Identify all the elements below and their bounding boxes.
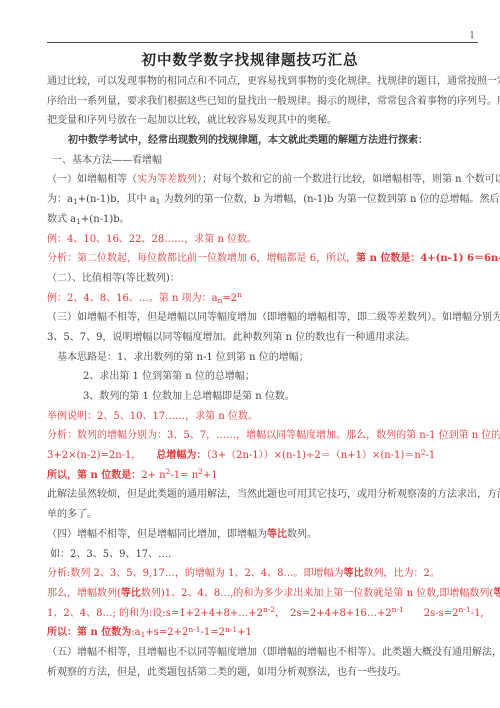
text-run: -1=2 bbox=[201, 627, 225, 638]
text-run: +s=2+2 bbox=[145, 627, 188, 638]
text-run: 等比 bbox=[493, 588, 500, 599]
text-run: （3+（2n-1））×(n-1)÷2＝（n+1）×(n-1)＝n bbox=[206, 450, 420, 461]
method-1-line-2: 为：a1+(n-1)b，其中 a1 为数列的第一位数，b 为增幅，(n-1)b … bbox=[47, 190, 478, 210]
text-run: 2s-s=2 bbox=[404, 608, 459, 619]
text-run: 把变量和序列号放在一起加以比较，就比较容易发现其中的奥秘。 bbox=[47, 115, 337, 126]
steps-line-3: 3、数列的第 1 位数加上总增幅即是第 n 位数。 bbox=[47, 387, 478, 407]
steps-line-1: 基本思路是：1、求出数列的第 n-1 位到第 n 位的增幅； bbox=[47, 348, 478, 368]
text-run: ）；对每个数和它的前一个数进行比较，如增幅相等，则第 n 个数可以表示 bbox=[197, 174, 500, 185]
text-run: （三）如增幅不相等，但是增幅以同等幅度增加（即增幅的增幅相等，即二级等差数列）。… bbox=[47, 312, 500, 323]
text-run: 那么，增幅数列( bbox=[47, 588, 121, 599]
text-run: 一、基本方法——看增幅 bbox=[52, 155, 162, 166]
text-run: 所以：第 n 位数为 bbox=[47, 627, 131, 638]
example-3-conclusion: 所以，第 n 位数是：2+ n2-1= n2+1 bbox=[47, 466, 478, 486]
example-3-problem: 举例说明：2、5、10、17……，求第 n 位数。 bbox=[47, 407, 478, 427]
text-run: 3、5、7、9，说明增幅以同等幅度增加。此种数列第 n 位的数也有一种通用求法。 bbox=[47, 332, 415, 343]
example-4-problem: 如：2、3、5、9、17、…. bbox=[47, 545, 478, 565]
example-3-analysis-1: 分析：数列的增幅分别为：3、5、7，……，增幅以同等幅度增加。那么，数列的第 n… bbox=[47, 426, 478, 446]
text-run: 2、求出第 1 位到第第 n 位的总增幅； bbox=[83, 371, 255, 382]
method-4-heading: （四）增幅不相等，但是增幅同比增加，即增幅为等比数列。 bbox=[47, 525, 478, 545]
text-run: 所以，第 n 位数是： bbox=[47, 470, 141, 481]
text-run: 举例说明：2、5、10、17……，求第 n 位数。 bbox=[47, 411, 258, 422]
intro-line-2: 序给出一系列量，要求我们根据这些已知的量找出一般规律。揭示的规律，常常包含着事物… bbox=[47, 92, 478, 112]
text-run: 第 n 位数是：4+(n-1) 6＝6n-2 bbox=[356, 253, 500, 264]
text-run: 通过比较，可以发现事物的相同点和不同点，更容易找到事物的变化规律。找规律的题目，… bbox=[47, 76, 500, 87]
text-run: n bbox=[237, 290, 242, 299]
text-run: 2+ n bbox=[141, 470, 165, 481]
text-run: 1 bbox=[141, 630, 146, 639]
page-header: 1 bbox=[47, 0, 478, 43]
text-run: 2 bbox=[166, 467, 171, 476]
text-run: 1 bbox=[76, 217, 81, 226]
text-run: 如：2、3、5、9、17、…. bbox=[50, 549, 171, 560]
text-run: 为：a bbox=[47, 194, 73, 205]
method-3-line-2: 3、5、7、9，说明增幅以同等幅度增加。此种数列第 n 位的数也有一种通用求法。 bbox=[47, 328, 478, 348]
text-run: 序给出一系列量，要求我们根据这些已知的量找出一般规律。揭示的规律，常常包含着事物… bbox=[47, 96, 500, 107]
text-run: 3、数列的第 1 位数加上总增幅即是第 n 位数。 bbox=[83, 391, 295, 402]
steps-line-2: 2、求出第 1 位到第第 n 位的总增幅； bbox=[47, 367, 478, 387]
document-body: 通过比较，可以发现事物的相同点和不同点，更容易找到事物的变化规律。找规律的题目，… bbox=[47, 72, 478, 682]
text-run: n-2 bbox=[263, 605, 275, 614]
text-run: -1= n bbox=[170, 470, 198, 481]
text-run: +1 bbox=[237, 627, 252, 638]
example-4-analysis-3: 1、2、4、8…; 的和为:设:s=1+2+4+8+…+2n-2， 2s=2+4… bbox=[47, 604, 478, 624]
method-3-line-1: （三）如增幅不相等，但是增幅以同等幅度增加（即增幅的增幅相等，即二级等差数列）。… bbox=[47, 308, 478, 328]
text-run: +(n-1)b，其中 a bbox=[78, 194, 156, 205]
example-1-problem: 例：4、10、16、22、28……，求第 n 位数。 bbox=[47, 230, 478, 250]
note-line-2: 单的多了。 bbox=[47, 505, 478, 525]
text-run: 析观察的方法，但是，此类题包括第二类的题，如用分析观察法，也有一些技巧。 bbox=[47, 667, 407, 678]
example-4-analysis-1: 分析:数列 2、3、5、9,17…，的增幅为 1、2、4、8…。即增幅为等比数列… bbox=[47, 564, 478, 584]
text-run: 1 bbox=[73, 197, 78, 206]
example-3-analysis-2: 3+2×(n-2)=2n-1， 总增幅为：（3+（2n-1））×(n-1)÷2＝… bbox=[47, 446, 478, 466]
text-run: 等比 bbox=[121, 588, 141, 599]
method-2-heading: （二）、比值相等(等比数列)： bbox=[47, 269, 478, 289]
intro-line-3: 把变量和序列号放在一起加以比较，就比较容易发现其中的奥秘。 bbox=[47, 111, 478, 131]
text-run: 分析:数列 2、3、5、9,17…，的增幅为 1、2、4、8…。即增幅为 bbox=[47, 568, 344, 579]
text-run: n-1 bbox=[459, 605, 471, 614]
text-run: （二）、比值相等(等比数列)： bbox=[47, 273, 180, 284]
text-run: 为数列的第一位数，b 为增幅，(n-1)b 为第一位数到第 n 位的总增幅。然后… bbox=[160, 194, 500, 205]
text-run: 数式 a bbox=[47, 214, 76, 225]
intro-line-1: 通过比较，可以发现事物的相同点和不同点，更容易找到事物的变化规律。找规律的题目，… bbox=[47, 72, 478, 92]
text-run: （四）增幅不相等，但是增幅同比增加，即增幅为 bbox=[47, 529, 267, 540]
text-run: =2 bbox=[222, 293, 237, 304]
text-run: 数列，比为：2。 bbox=[364, 568, 440, 579]
text-run: 3+2×(n-2)=2n-1， bbox=[47, 450, 156, 461]
thesis-line: 初中数学考试中，经常出现数列的找规律题，本文就此类题的解题方法进行探索： bbox=[47, 131, 478, 151]
example-4-conclusion: 所以：第 n 位数为:a1+s=2+2n-1-1=2n-1+1 bbox=[47, 623, 478, 643]
method-5-line-2: 析观察的方法，但是，此类题包括第二类的题，如用分析观察法，也有一些技巧。 bbox=[47, 663, 478, 683]
method-1-line-1: （一）如增幅相等（实为等差数列）；对每个数和它的前一个数进行比较，如增幅相等，则… bbox=[47, 170, 478, 190]
text-run: 此解法虽然较烦，但是此类题的通用解法，当然此题也可用其它技巧，或用分析观察凑的方… bbox=[47, 489, 500, 500]
text-run: 基本思路是：1、求出数列的第 n-1 位到第 n 位的增幅； bbox=[57, 352, 309, 363]
example-2-problem: 例：2、4、8、16、…。第 n 项为：an=2n bbox=[47, 289, 478, 309]
text-run: 初中数学考试中，经常出现数列的找规律题，本文就此类题的解题方法进行探索： bbox=[68, 135, 428, 146]
text-run: +(n-1)b。 bbox=[81, 214, 130, 225]
text-run: n bbox=[218, 296, 223, 305]
text-run: 1、2、4、8…; 的和为:设:s=1+2+4+8+…+2 bbox=[47, 608, 263, 619]
text-run: 分析：数列的增幅分别为：3、5、7，……，增幅以同等幅度增加。那么，数列的第 n… bbox=[47, 430, 500, 441]
text-run: 2 bbox=[198, 467, 203, 476]
text-run: n-1 bbox=[188, 625, 200, 634]
method-1-line-3: 数式 a1+(n-1)b。 bbox=[47, 210, 478, 230]
text-run: 例：4、10、16、22、28……，求第 n 位数。 bbox=[47, 234, 257, 245]
text-run: 单的多了。 bbox=[47, 509, 97, 520]
text-run: 1 bbox=[156, 197, 161, 206]
text-run: 实为等差数列 bbox=[137, 174, 197, 185]
text-run: ， 2s=2+4+8+16…+2 bbox=[275, 608, 392, 619]
note-line-1: 此解法虽然较烦，但是此类题的通用解法，当然此题也可用其它技巧，或用分析观察凑的方… bbox=[47, 485, 478, 505]
text-run: 总增幅为： bbox=[156, 450, 206, 461]
example-1-analysis: 分析：第二位数起，每位数都比前一位数增加 6，增幅都是 6，所以，第 n 位数是… bbox=[47, 249, 478, 269]
text-run: n-1 bbox=[225, 625, 237, 634]
text-run: :a bbox=[131, 627, 140, 638]
method-5-line-1: （五）增幅不相等，且增幅也不以同等幅度增加（即增幅的增幅也不相等）。此类题大概没… bbox=[47, 643, 478, 663]
text-run: +1 bbox=[203, 470, 218, 481]
text-run: 数列)1、2、4、8…,的和为多少求出来加上第一位数就是第 n 位数,即增幅数列… bbox=[141, 588, 493, 599]
page-number: 1 bbox=[469, 31, 475, 41]
example-4-analysis-2: 那么，增幅数列(等比数列)1、2、4、8…,的和为多少求出来加上第一位数就是第 … bbox=[47, 584, 478, 604]
text-run: 2 bbox=[421, 448, 426, 457]
text-run: 例：2、4、8、16、…。第 n 项为：a bbox=[47, 293, 218, 304]
text-run: 等比 bbox=[344, 568, 364, 579]
text-run: （五）增幅不相等，且增幅也不以同等幅度增加（即增幅的增幅也不相等）。此类题大概没… bbox=[47, 647, 500, 658]
text-run: -1, bbox=[471, 608, 484, 619]
text-run: -1 bbox=[426, 450, 436, 461]
text-run: 等比 bbox=[267, 529, 287, 540]
text-run: n-1 bbox=[392, 605, 404, 614]
text-run: 数列。 bbox=[287, 529, 317, 540]
page-title: 初中数学数字找规律题技巧汇总 bbox=[0, 50, 500, 72]
text-run: （一）如增幅相等（ bbox=[47, 174, 137, 185]
section-1-heading: 一、基本方法——看增幅 bbox=[47, 151, 478, 171]
text-run: 分析：第二位数起，每位数都比前一位数增加 6，增幅都是 6，所以， bbox=[47, 253, 356, 264]
